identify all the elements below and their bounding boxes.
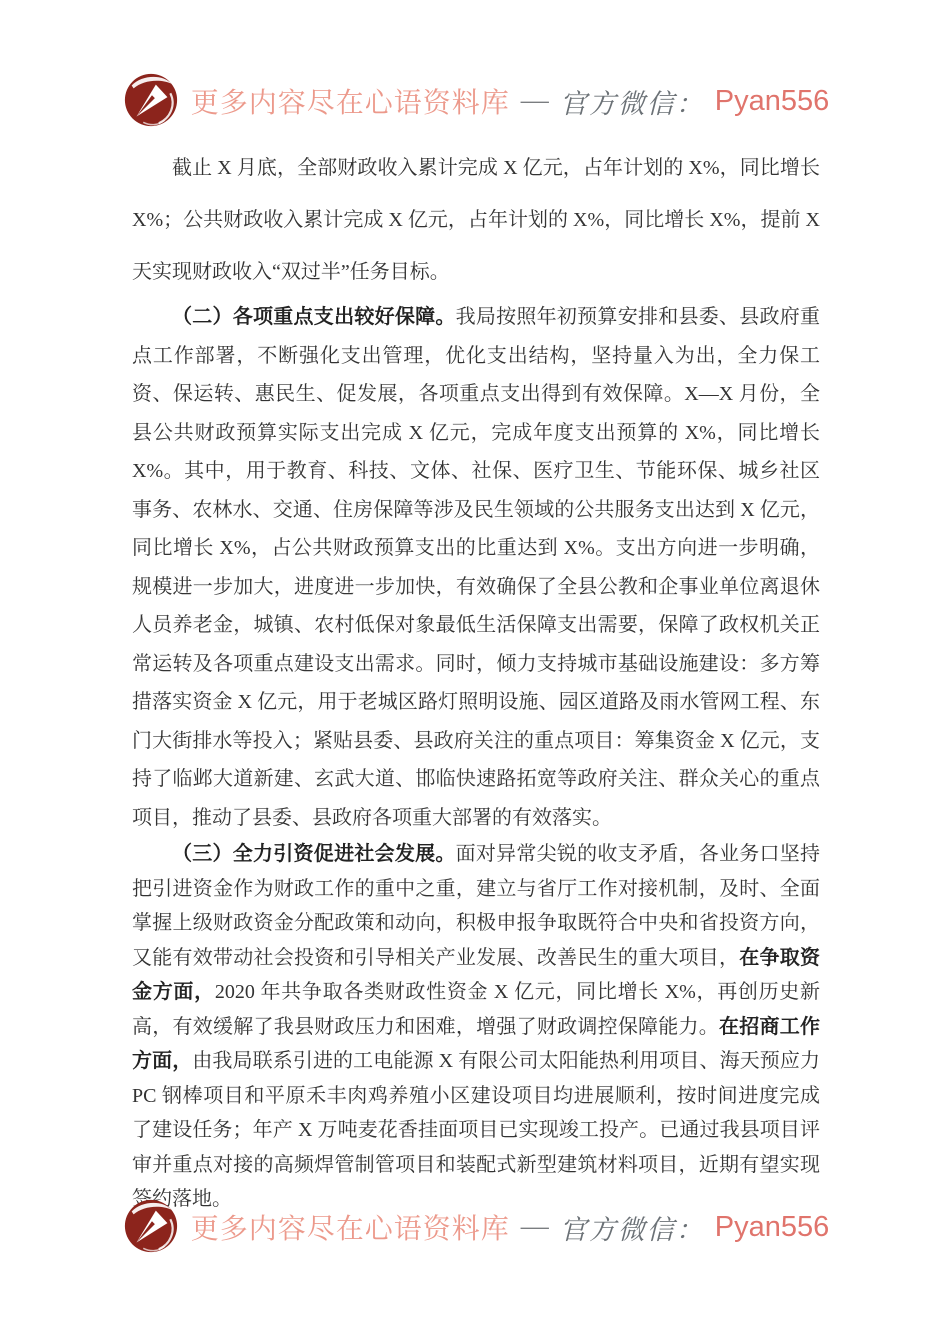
- wechat-label: 官方微信：: [560, 82, 705, 121]
- footer-watermark: 更多内容尽在心语资料库 — 官方微信： Pyan556: [0, 1198, 950, 1256]
- document-body: 截止 X 月底，全部财政收入累计完成 X 亿元，占年计划的 X%，同比增长 X%…: [132, 142, 820, 1217]
- pen-nib-seal-icon: [121, 1198, 181, 1256]
- dash-separator: —: [521, 85, 549, 117]
- paragraph-text: 2020 年共争取各类财政性资金 X 亿元，同比增长 X%，再创历史新高，有效缓…: [132, 981, 820, 1038]
- paragraph-text: 截止 X 月底，全部财政收入累计完成 X 亿元，占年计划的 X%，同比增长 X%…: [132, 157, 820, 283]
- paragraph-text: 由我局联系引进的工电能源 X 有限公司太阳能热利用项目、海天预应力 PC 钢棒项…: [132, 1050, 820, 1210]
- paragraph-text: 我局按照年初预算安排和县委、县政府重点工作部署，不断强化支出管理，优化支出结构，…: [132, 306, 820, 829]
- paragraph-emphasis-text: （三）全力引资促进社会发展。: [172, 843, 456, 865]
- document-page: 更多内容尽在心语资料库 — 官方微信： Pyan556 截止 X 月底，全部财政…: [0, 0, 950, 1344]
- header-watermark: 更多内容尽在心语资料库 — 官方微信： Pyan556: [0, 72, 950, 130]
- paragraph: （三）全力引资促进社会发展。面对异常尖锐的收支矛盾，各业务口坚持把引进资金作为财…: [132, 837, 820, 1217]
- paragraph: （二）各项重点支出较好保障。我局按照年初预算安排和县委、县政府重点工作部署，不断…: [132, 298, 820, 837]
- dash-separator: —: [521, 1211, 549, 1243]
- brand-text: 更多内容尽在心语资料库: [191, 1207, 510, 1247]
- wechat-id: Pyan556: [715, 85, 830, 118]
- paragraph-emphasis-text: （二）各项重点支出较好保障。: [172, 306, 456, 328]
- wechat-id: Pyan556: [715, 1211, 830, 1244]
- brand-text: 更多内容尽在心语资料库: [191, 81, 510, 121]
- pen-nib-seal-icon: [121, 72, 181, 130]
- wechat-label: 官方微信：: [560, 1208, 705, 1247]
- paragraph: 截止 X 月底，全部财政收入累计完成 X 亿元，占年计划的 X%，同比增长 X%…: [132, 142, 820, 298]
